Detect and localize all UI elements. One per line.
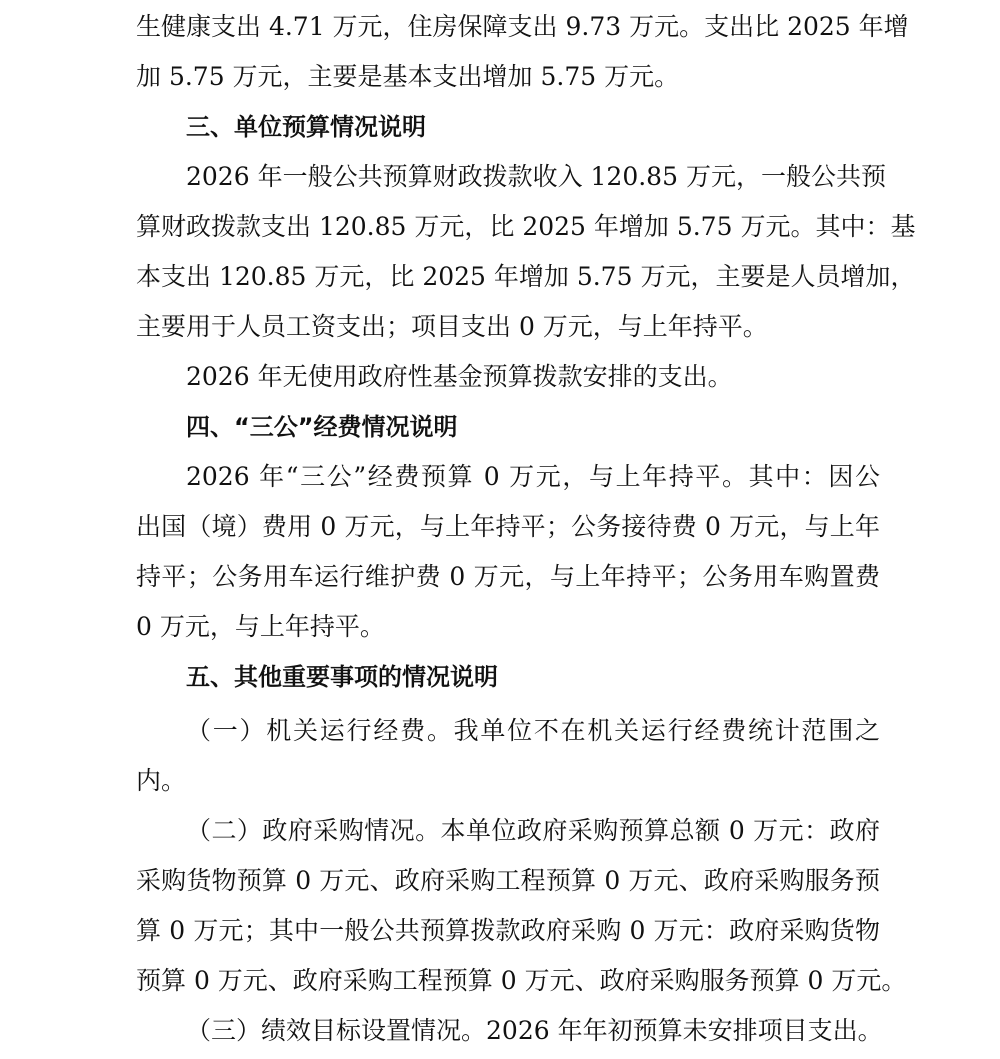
paragraph-line: 采购货物预算 0 万元、政府采购工程预算 0 万元、政府采购服务预 <box>136 856 880 906</box>
paragraph-line: 预算 0 万元、政府采购工程预算 0 万元、政府采购服务预算 0 万元。 <box>136 956 880 1006</box>
paragraph-line: 持平；公务用车运行维护费 0 万元，与上年持平；公务用车购置费 <box>136 552 880 602</box>
paragraph-line: 算 0 万元；其中一般公共预算拨款政府采购 0 万元：政府采购货物 <box>136 906 880 956</box>
paragraph-line: 算财政拨款支出 120.85 万元，比 2025 年增加 5.75 万元。其中：… <box>136 202 880 252</box>
section-heading-other-matters: 五、其他重要事项的情况说明 <box>186 652 498 702</box>
paragraph-line: 主要用于人员工资支出；项目支出 0 万元，与上年持平。 <box>136 302 768 352</box>
section-heading-unit-budget: 三、单位预算情况说明 <box>186 102 426 152</box>
paragraph-line: 出国（境）费用 0 万元，与上年持平；公务接待费 0 万元，与上年 <box>136 502 880 552</box>
paragraph-line: （一）机关运行经费。我单位不在机关运行经费统计范围之 <box>186 706 880 756</box>
paragraph-line: 2026 年“三公”经费预算 0 万元，与上年持平。其中：因公 <box>186 452 880 502</box>
section-heading-three-public-expenses: 四、“三公”经费情况说明 <box>186 402 458 452</box>
paragraph-line: 本支出 120.85 万元，比 2025 年增加 5.75 万元，主要是人员增加… <box>136 252 880 302</box>
paragraph-line: 0 万元，与上年持平。 <box>136 602 385 652</box>
paragraph-line: 内。 <box>136 756 186 806</box>
paragraph-line: 加 5.75 万元，主要是基本支出增加 5.75 万元。 <box>136 52 679 102</box>
paragraph-line: （三）绩效目标设置情况。2026 年年初预算未安排项目支出。 <box>186 1006 880 1056</box>
paragraph-line: （二）政府采购情况。本单位政府采购预算总额 0 万元：政府 <box>186 806 880 856</box>
paragraph-line: 生健康支出 4.71 万元，住房保障支出 9.73 万元。支出比 2025 年增 <box>136 2 880 52</box>
paragraph-line: 2026 年无使用政府性基金预算拨款安排的支出。 <box>186 352 733 402</box>
paragraph-line: 2026 年一般公共预算财政拨款收入 120.85 万元，一般公共预 <box>186 152 880 202</box>
